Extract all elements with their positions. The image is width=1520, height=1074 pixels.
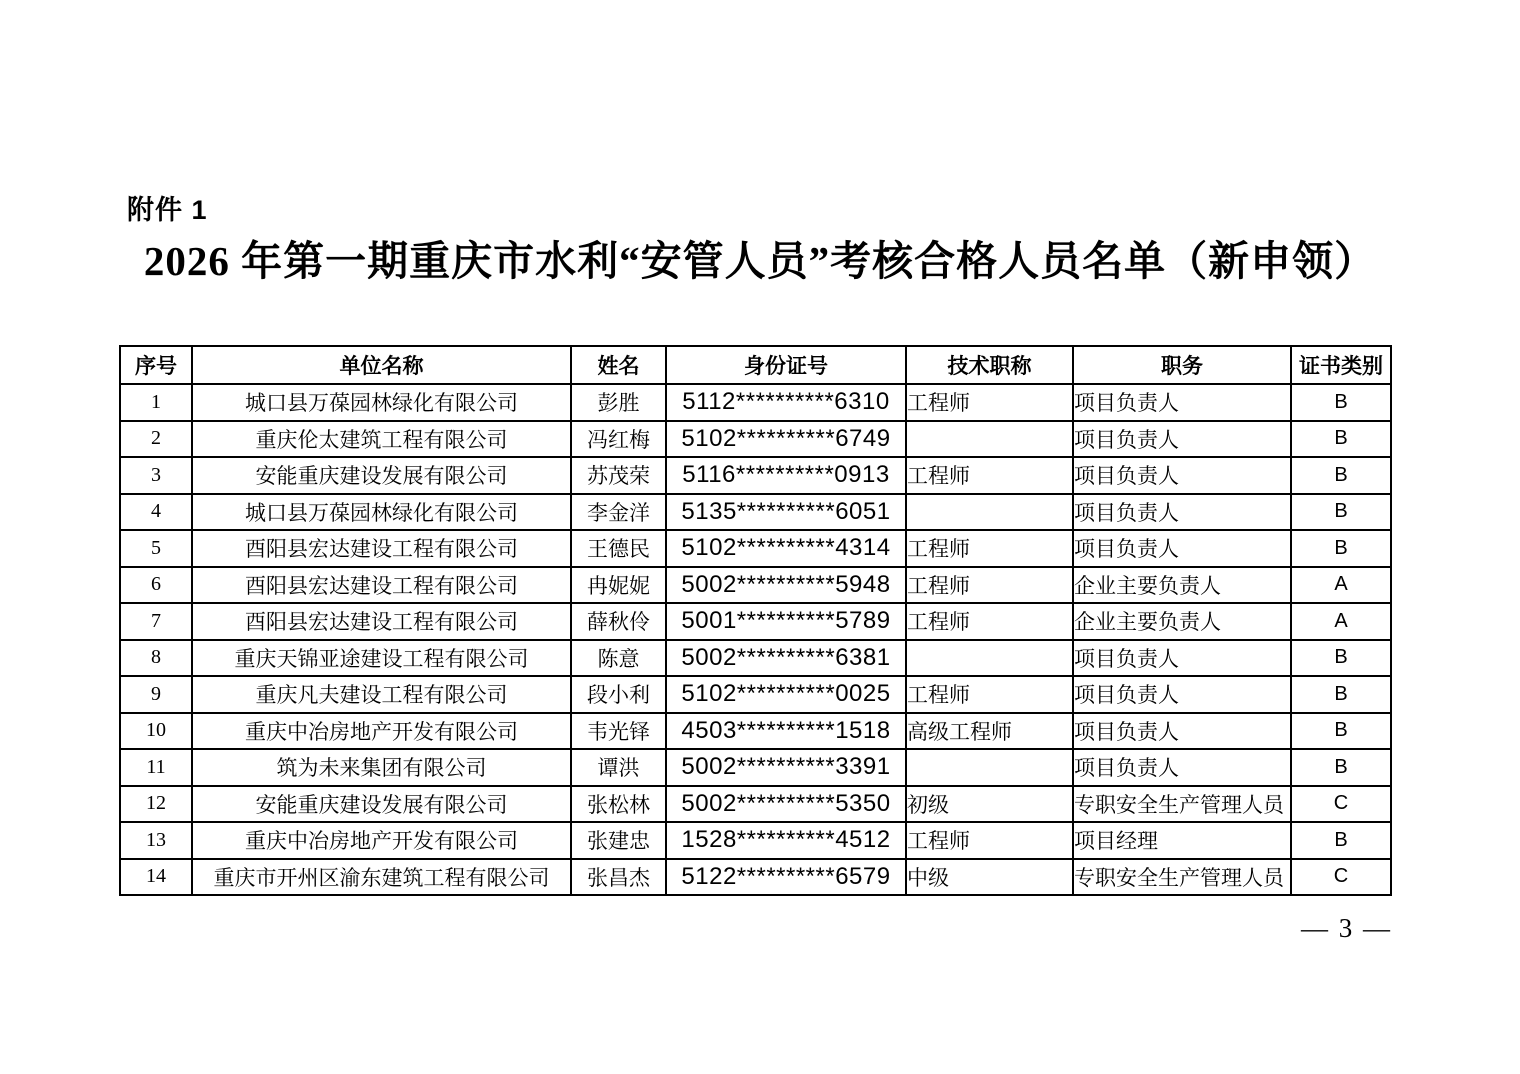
cell-cert-type: B <box>1291 384 1391 421</box>
cell-name: 张松林 <box>571 786 666 823</box>
cell-company: 酉阳县宏达建设工程有限公司 <box>192 603 571 640</box>
cell-tech-title: 工程师 <box>906 530 1073 567</box>
cell-company: 安能重庆建设发展有限公司 <box>192 786 571 823</box>
cell-position: 企业主要负责人 <box>1073 603 1291 640</box>
cell-company: 城口县万葆园林绿化有限公司 <box>192 494 571 531</box>
cell-name: 陈意 <box>571 640 666 677</box>
cell-cert-type: C <box>1291 859 1391 896</box>
cell-index: 3 <box>120 457 192 494</box>
header-index: 序号 <box>120 346 192 384</box>
cell-name: 张昌杰 <box>571 859 666 896</box>
cell-id-number: 1528**********4512 <box>666 822 906 859</box>
cell-name: 李金洋 <box>571 494 666 531</box>
cell-position: 专职安全生产管理人员 <box>1073 859 1291 896</box>
table-row: 6酉阳县宏达建设工程有限公司冉妮妮5002**********5948工程师企业… <box>120 567 1391 604</box>
header-tech-title: 技术职称 <box>906 346 1073 384</box>
cell-id-number: 5102**********0025 <box>666 676 906 713</box>
cell-position: 项目负责人 <box>1073 640 1291 677</box>
cell-index: 12 <box>120 786 192 823</box>
cell-position: 专职安全生产管理人员 <box>1073 786 1291 823</box>
cell-position: 项目负责人 <box>1073 713 1291 750</box>
cell-id-number: 4503**********1518 <box>666 713 906 750</box>
header-position: 职务 <box>1073 346 1291 384</box>
cell-tech-title: 工程师 <box>906 384 1073 421</box>
cell-name: 彭胜 <box>571 384 666 421</box>
cell-tech-title: 初级 <box>906 786 1073 823</box>
cell-position: 企业主要负责人 <box>1073 567 1291 604</box>
cell-tech-title: 工程师 <box>906 822 1073 859</box>
cell-cert-type: B <box>1291 457 1391 494</box>
cell-company: 重庆天锦亚途建设工程有限公司 <box>192 640 571 677</box>
attachment-label: 附件 1 <box>127 188 208 227</box>
table-row: 11筑为未来集团有限公司谭洪5002**********3391项目负责人B <box>120 749 1391 786</box>
cell-index: 6 <box>120 567 192 604</box>
table-row: 9重庆凡夫建设工程有限公司段小利5102**********0025工程师项目负… <box>120 676 1391 713</box>
cell-position: 项目负责人 <box>1073 676 1291 713</box>
cell-index: 1 <box>120 384 192 421</box>
cell-index: 2 <box>120 421 192 458</box>
cell-tech-title: 高级工程师 <box>906 713 1073 750</box>
header-id-number: 身份证号 <box>666 346 906 384</box>
cell-company: 重庆中冶房地产开发有限公司 <box>192 713 571 750</box>
cell-id-number: 5102**********6749 <box>666 421 906 458</box>
cell-tech-title <box>906 494 1073 531</box>
cell-id-number: 5116**********0913 <box>666 457 906 494</box>
cell-company: 重庆中冶房地产开发有限公司 <box>192 822 571 859</box>
cell-id-number: 5002**********6381 <box>666 640 906 677</box>
cell-id-number: 5135**********6051 <box>666 494 906 531</box>
cell-id-number: 5112**********6310 <box>666 384 906 421</box>
header-company: 单位名称 <box>192 346 571 384</box>
document-page: 附件 1 2026 年第一期重庆市水利“安管人员”考核合格人员名单（新申领） 序… <box>0 0 1520 1074</box>
table-body: 1城口县万葆园林绿化有限公司彭胜5112**********6310工程师项目负… <box>120 384 1391 895</box>
cell-name: 谭洪 <box>571 749 666 786</box>
table-row: 2重庆伦太建筑工程有限公司冯红梅5102**********6749项目负责人B <box>120 421 1391 458</box>
table-row: 8重庆天锦亚途建设工程有限公司陈意5002**********6381项目负责人… <box>120 640 1391 677</box>
cell-tech-title: 工程师 <box>906 567 1073 604</box>
table-row: 12安能重庆建设发展有限公司张松林5002**********5350初级专职安… <box>120 786 1391 823</box>
cell-cert-type: B <box>1291 421 1391 458</box>
cell-id-number: 5102**********4314 <box>666 530 906 567</box>
page-title: 2026 年第一期重庆市水利“安管人员”考核合格人员名单（新申领） <box>0 228 1520 287</box>
table-row: 10重庆中冶房地产开发有限公司韦光铎4503**********1518高级工程… <box>120 713 1391 750</box>
cell-tech-title: 工程师 <box>906 676 1073 713</box>
cell-index: 13 <box>120 822 192 859</box>
cell-tech-title <box>906 640 1073 677</box>
cell-tech-title: 中级 <box>906 859 1073 896</box>
cell-position: 项目负责人 <box>1073 749 1291 786</box>
cell-index: 8 <box>120 640 192 677</box>
page-number: — 3 — <box>1301 913 1392 944</box>
cell-index: 14 <box>120 859 192 896</box>
cell-tech-title <box>906 421 1073 458</box>
cell-tech-title: 工程师 <box>906 603 1073 640</box>
cell-company: 城口县万葆园林绿化有限公司 <box>192 384 571 421</box>
cell-cert-type: B <box>1291 494 1391 531</box>
cell-company: 重庆凡夫建设工程有限公司 <box>192 676 571 713</box>
cell-cert-type: B <box>1291 713 1391 750</box>
table-row: 13重庆中冶房地产开发有限公司张建忠1528**********4512工程师项… <box>120 822 1391 859</box>
cell-cert-type: B <box>1291 822 1391 859</box>
cell-position: 项目负责人 <box>1073 384 1291 421</box>
cell-id-number: 5002**********3391 <box>666 749 906 786</box>
cell-company: 酉阳县宏达建设工程有限公司 <box>192 567 571 604</box>
cell-id-number: 5122**********6579 <box>666 859 906 896</box>
header-cert-type: 证书类别 <box>1291 346 1391 384</box>
header-name: 姓名 <box>571 346 666 384</box>
cell-position: 项目负责人 <box>1073 494 1291 531</box>
cell-index: 11 <box>120 749 192 786</box>
cell-name: 张建忠 <box>571 822 666 859</box>
cell-company: 酉阳县宏达建设工程有限公司 <box>192 530 571 567</box>
cell-position: 项目负责人 <box>1073 421 1291 458</box>
table-row: 3安能重庆建设发展有限公司苏茂荣5116**********0913工程师项目负… <box>120 457 1391 494</box>
cell-index: 7 <box>120 603 192 640</box>
cell-index: 5 <box>120 530 192 567</box>
cell-position: 项目负责人 <box>1073 457 1291 494</box>
cell-name: 王德民 <box>571 530 666 567</box>
table-row: 5酉阳县宏达建设工程有限公司王德民5102**********4314工程师项目… <box>120 530 1391 567</box>
cell-company: 安能重庆建设发展有限公司 <box>192 457 571 494</box>
cell-id-number: 5002**********5350 <box>666 786 906 823</box>
table-header-row: 序号 单位名称 姓名 身份证号 技术职称 职务 证书类别 <box>120 346 1391 384</box>
cell-index: 9 <box>120 676 192 713</box>
cell-cert-type: C <box>1291 786 1391 823</box>
cell-company: 筑为未来集团有限公司 <box>192 749 571 786</box>
cell-name: 冉妮妮 <box>571 567 666 604</box>
table-row: 4城口县万葆园林绿化有限公司李金洋5135**********6051项目负责人… <box>120 494 1391 531</box>
cell-tech-title: 工程师 <box>906 457 1073 494</box>
cell-index: 10 <box>120 713 192 750</box>
cell-name: 冯红梅 <box>571 421 666 458</box>
cell-cert-type: B <box>1291 676 1391 713</box>
cell-name: 段小利 <box>571 676 666 713</box>
cell-tech-title <box>906 749 1073 786</box>
cell-name: 薛秋伶 <box>571 603 666 640</box>
table-row: 1城口县万葆园林绿化有限公司彭胜5112**********6310工程师项目负… <box>120 384 1391 421</box>
roster-table: 序号 单位名称 姓名 身份证号 技术职称 职务 证书类别 1城口县万葆园林绿化有… <box>119 345 1392 896</box>
cell-position: 项目负责人 <box>1073 530 1291 567</box>
cell-name: 苏茂荣 <box>571 457 666 494</box>
cell-cert-type: A <box>1291 567 1391 604</box>
cell-cert-type: B <box>1291 749 1391 786</box>
cell-cert-type: B <box>1291 530 1391 567</box>
cell-company: 重庆伦太建筑工程有限公司 <box>192 421 571 458</box>
cell-company: 重庆市开州区渝东建筑工程有限公司 <box>192 859 571 896</box>
cell-cert-type: B <box>1291 640 1391 677</box>
cell-id-number: 5001**********5789 <box>666 603 906 640</box>
table-row: 7酉阳县宏达建设工程有限公司薛秋伶5001**********5789工程师企业… <box>120 603 1391 640</box>
cell-position: 项目经理 <box>1073 822 1291 859</box>
table-row: 14重庆市开州区渝东建筑工程有限公司张昌杰5122**********6579中… <box>120 859 1391 896</box>
cell-name: 韦光铎 <box>571 713 666 750</box>
cell-cert-type: A <box>1291 603 1391 640</box>
cell-id-number: 5002**********5948 <box>666 567 906 604</box>
cell-index: 4 <box>120 494 192 531</box>
